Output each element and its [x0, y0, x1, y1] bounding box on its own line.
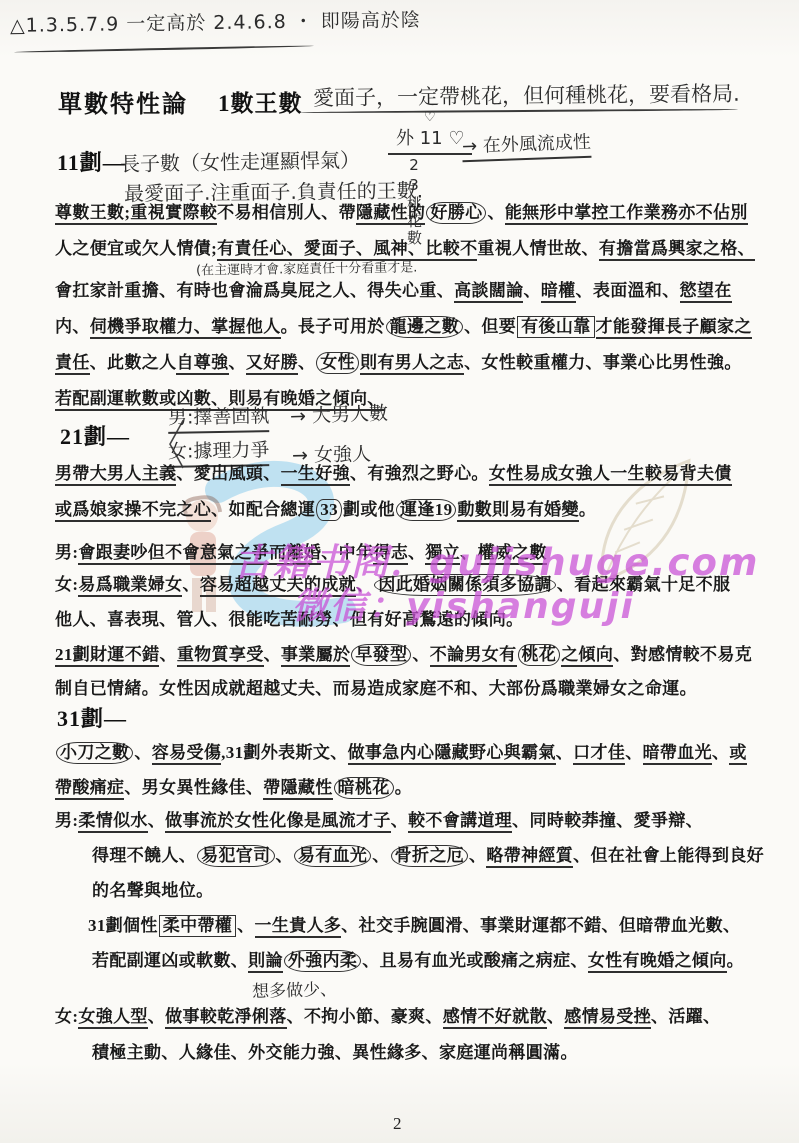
text-segment: 、此數之人 — [90, 353, 177, 373]
print-line: 女:女強人型、做事較乾淨俐落、不拘小節、豪爽、感情不好就散、感情易受挫、活躍、 — [55, 1002, 720, 1027]
text-segment: 、 — [182, 575, 199, 595]
text-segment: 伺機爭取權力、掌握他人 — [90, 317, 281, 339]
text-segment: 柔情似水 — [78, 811, 147, 833]
text-segment: 、 — [556, 743, 573, 763]
text-segment: 、同時較莽撞、愛爭辯、 — [512, 811, 703, 831]
text-segment: 動數則易有婚變 — [457, 500, 578, 522]
text-segment: 感情不好就散 — [443, 1007, 547, 1029]
subtitle-1-king-number: 1數王數 — [218, 85, 303, 118]
text-segment: 得理不饒人、 — [92, 846, 196, 866]
sec21-male-note: 男:擇善固執 — [168, 401, 270, 434]
outer-11-note: 外 11 ♡ — [388, 124, 472, 155]
print-line: 得理不饒人、易犯官司、易有血光、骨折之厄、略帶神經質、但在社會上能得到良好 — [92, 841, 764, 866]
text-segment: 。 — [727, 951, 744, 971]
text-segment: 才能發揮長子顧家之 — [596, 317, 752, 339]
top-note-underline — [14, 45, 314, 53]
text-segment: 做事較乾淨俐落 — [165, 1007, 286, 1029]
text-segment: 又好勝 — [246, 353, 298, 375]
text-segment: 隱藏性的 — [356, 203, 425, 225]
text-segment: 易有血光 — [294, 845, 371, 867]
text-segment: 好勝心 — [426, 202, 486, 224]
title-handwritten-note: ：愛面子，一定帶桃花，但何種桃花，要看格局. — [292, 78, 740, 113]
print-line: 或爲娘家操不完之心、如配合總運33劃或他運逢19動數則易有婚變。 — [55, 495, 596, 520]
text-segment: 、 — [469, 846, 486, 866]
text-segment: 積極主動、人緣佳、外交能力強、異性緣多、家庭運尚稱圓滿。 — [92, 1043, 578, 1063]
text-segment: 易犯官司 — [197, 845, 274, 867]
text-segment: 略帶神經質 — [486, 846, 573, 868]
top-handwritten-note: △1.3.5.7.9 一定高於 2.4.6.8 ・ 即陽高於陰 — [10, 5, 421, 38]
text-segment: 較不會講道理 — [408, 811, 512, 833]
print-line: 積極主動、人緣佳、外交能力強、異性緣多、家庭運尚稱圓滿。 — [92, 1038, 578, 1063]
print-line: 小刀之數、容易受傷,31劃外表斯文、做事急内心隱藏野心與霸氣、口才佳、暗帶血光、… — [55, 738, 747, 763]
text-segment: 能無形中掌控工作業務亦不佔別 — [505, 203, 748, 225]
text-segment: 有擔當爲興家之格、 — [599, 239, 755, 261]
text-segment: 、女性較重權力、事業心比男性強。 — [464, 353, 742, 373]
text-segment: 31劃個性 — [88, 916, 158, 936]
text-segment: 33 — [316, 499, 342, 521]
outer-arrow-note: → 在外風流成性 — [462, 128, 592, 162]
text-segment: 不論男女有 — [430, 645, 517, 667]
text-segment: 、 — [523, 281, 540, 301]
text-segment: 女性有晚婚之傾向 — [588, 951, 727, 973]
text-segment: 柔中帶權 — [159, 915, 236, 937]
text-segment: 21劃財運不錯 — [55, 645, 159, 667]
text-segment: 做事急内心隱藏野心與霸氣 — [348, 743, 556, 765]
text-segment: 、 — [134, 743, 151, 763]
text-segment: 的名聲與地位。 — [92, 881, 213, 901]
text-segment: 、有強烈之野心。 — [350, 464, 489, 484]
text-segment: 外強内柔 — [284, 950, 361, 972]
page-title: 單數特性論 — [58, 84, 188, 119]
print-line: 帶酸痛症、男女異性緣佳、帶隱藏性暗桃花。 — [55, 773, 412, 798]
sec21-male-note-arrow: → 大男人數 — [290, 398, 389, 428]
section-heading-21: 21劃— — [60, 420, 130, 451]
text-segment: 。 — [579, 500, 596, 520]
text-segment: 帶酸痛症 — [55, 778, 124, 800]
text-segment: 暗桃花 — [334, 777, 394, 799]
text-segment: 不易相信別人、帶 — [217, 203, 356, 223]
page-number: 2 — [393, 1114, 402, 1134]
print-line: 制自已情緒。女性因成就超越丈夫、而易造成家庭不和、大部份爲職業婦女之命運。 — [55, 674, 697, 699]
text-segment: 。 — [395, 778, 412, 798]
text-segment: 若配副運凶或軟數、 — [92, 951, 248, 971]
print-line: 21劃財運不錯、重物質享受、事業屬於早發型、不論男女有桃花之傾向、對感情較不易克 — [55, 640, 752, 665]
text-segment: 感情易受挫 — [564, 1007, 651, 1029]
text-segment: 、 — [298, 353, 315, 373]
text-segment: 、 — [148, 811, 165, 831]
text-segment: 事業屬於 — [281, 645, 350, 667]
text-segment: 、 — [237, 916, 254, 936]
text-segment: 女性易成女強人一生較易背夫債 — [489, 464, 732, 486]
watermark-wechat-text: 微信：yishanguji — [292, 578, 635, 629]
text-segment: 、 — [412, 645, 429, 665]
text-segment: 重視實際較 — [130, 203, 217, 225]
text-segment: 、且易有血光或酸痛之病症、 — [362, 951, 588, 971]
text-segment: 會扛家計重擔、有時也會淪爲臭屁之人、得失心重、 — [55, 281, 454, 301]
text-segment: 、 — [391, 811, 408, 831]
text-segment: 易爲職業婦女 — [78, 575, 182, 597]
text-segment: 、對感情較不易克 — [613, 645, 752, 665]
text-segment: 、 — [487, 203, 504, 223]
text-segment: 帶隱藏性 — [263, 778, 332, 800]
text-segment: 則論 — [248, 951, 283, 973]
text-segment: 早發型 — [351, 644, 411, 666]
text-segment: 女強人型 — [78, 1007, 147, 1029]
text-segment: 運逢19 — [396, 499, 456, 521]
text-segment: 、 — [625, 743, 642, 763]
text-segment: 。長子可用於 — [281, 317, 385, 337]
text-segment: 、活躍、 — [651, 1007, 720, 1027]
text-segment: 口才佳 — [573, 743, 625, 765]
text-segment: 、 — [712, 743, 729, 763]
text-segment: 、 — [229, 353, 246, 373]
print-line: 人之便宜或欠人情債;有責任心、愛面子、風神、比較不重視人情世故、有擔當爲興家之格… — [55, 234, 755, 259]
scanned-document-page: 古籍书阁．gujishuge.com 微信：yishanguji △1.3.5.… — [0, 0, 799, 1143]
text-segment: 龍邊之數 — [386, 316, 463, 338]
text-segment: 或爲娘家操不完之心 — [55, 500, 211, 522]
text-segment: 、表面溫和、 — [576, 281, 680, 301]
text-segment: 、但在社會上能得到良好 — [573, 846, 764, 866]
text-segment: 重視人情世故、 — [477, 239, 598, 259]
text-segment: 之傾向 — [561, 645, 613, 667]
print-line: 内、伺機爭取權力、掌握他人。長子可用於龍邊之數、但要有後山靠才能發揮長子顧家之 — [55, 312, 752, 337]
print-line: 男:柔情似水、做事流於女性化像是風流才子、較不會講道理、同時較莽撞、愛爭辯、 — [55, 806, 703, 831]
text-segment: 慾望在 — [680, 281, 732, 303]
text-segment: 或 — [729, 743, 746, 765]
text-segment: 則有男人之志 — [360, 353, 464, 375]
text-segment: 、 — [159, 645, 176, 665]
print-line: 尊數王數;重視實際較不易相信別人、帶隱藏性的好勝心、能無形中掌控工作業務亦不佔別 — [55, 198, 748, 223]
text-segment: 、 — [372, 846, 389, 866]
heart-doodle: ♡ — [424, 110, 436, 125]
text-segment: 、 — [148, 1007, 165, 1027]
text-segment: 、但要 — [464, 317, 516, 337]
text-segment: 有後山靠 — [517, 316, 594, 338]
text-segment: 劃或他 — [343, 500, 395, 520]
text-segment: 、如配合總運 — [211, 500, 315, 520]
print-line: 若配副運凶或軟數、則論外強内柔、且易有血光或酸痛之病症、女性有晚婚之傾向。 — [92, 946, 744, 971]
text-segment: 男帶大男人主義 — [55, 464, 176, 486]
text-segment: 、男女異性緣佳、 — [124, 778, 263, 798]
text-segment: 暗帶血光 — [643, 743, 712, 765]
text-segment: 暗權 — [541, 281, 576, 303]
text-segment: 責任 — [55, 353, 90, 375]
text-segment: 、愛出風頭、 — [176, 464, 280, 484]
text-segment: 女: — [55, 575, 78, 595]
text-segment: 、 — [276, 846, 293, 866]
text-segment: 男: — [55, 811, 78, 831]
print-line: 男帶大男人主義、愛出風頭、一生好強、有強烈之野心。女性易成女強人一生較易背夫債 — [55, 459, 732, 484]
text-segment: 、社交手腕圓滑、事業財運都不錯、但暗帶血光數、 — [341, 916, 740, 936]
text-segment: ,31劃外表斯文、 — [221, 743, 347, 763]
text-segment: 桃花 — [518, 644, 561, 666]
text-segment: 女性 — [316, 352, 359, 374]
section-heading-31: 31劃— — [57, 702, 127, 733]
text-segment: 、 — [264, 645, 281, 665]
text-segment: 内、 — [55, 317, 90, 337]
print-line: 責任、此數之人自尊強、又好勝、女性則有男人之志、女性較重權力、事業心比男性強。 — [55, 348, 742, 373]
section-heading-11: 11劃— — [57, 146, 126, 177]
text-segment: 自尊強 — [176, 353, 228, 375]
text-segment: 一生貴人多 — [255, 916, 342, 938]
text-segment: 做事流於女性化像是風流才子 — [165, 811, 391, 833]
sec11-handwritten-note-1: 長子數（女性走運顯悍氣） — [120, 144, 360, 177]
text-segment: 高談闊論 — [454, 281, 523, 303]
sec31-handwritten-note: 想多做少、 — [252, 975, 338, 1002]
text-segment: 容易受傷 — [152, 743, 221, 765]
text-segment: 、 — [547, 1007, 564, 1027]
text-segment: 重物質享受 — [177, 645, 264, 667]
text-segment: 小刀之數 — [56, 742, 133, 764]
text-segment: 女: — [55, 1007, 78, 1027]
text-segment: 骨折之厄 — [391, 845, 468, 867]
text-segment: 男: — [55, 543, 78, 563]
text-segment: 、不拘小節、豪爽、 — [287, 1007, 443, 1027]
text-segment: 一生好強 — [281, 464, 350, 486]
print-line: 31劃個性柔中帶權、一生貴人多、社交手腕圓滑、事業財運都不錯、但暗帶血光數、 — [88, 911, 740, 936]
text-segment: 尊數王數; — [55, 203, 130, 225]
text-segment: 制自已情緒。女性因成就超越丈夫、而易造成家庭不和、大部份爲職業婦女之命運。 — [55, 679, 697, 699]
text-segment: 人之便宜或欠人情債; — [55, 239, 217, 259]
print-line: 的名聲與地位。 — [92, 876, 213, 901]
print-line: 會扛家計重擔、有時也會淪爲臭屁之人、得失心重、高談闊論、暗權、表面溫和、慾望在 — [55, 276, 732, 301]
